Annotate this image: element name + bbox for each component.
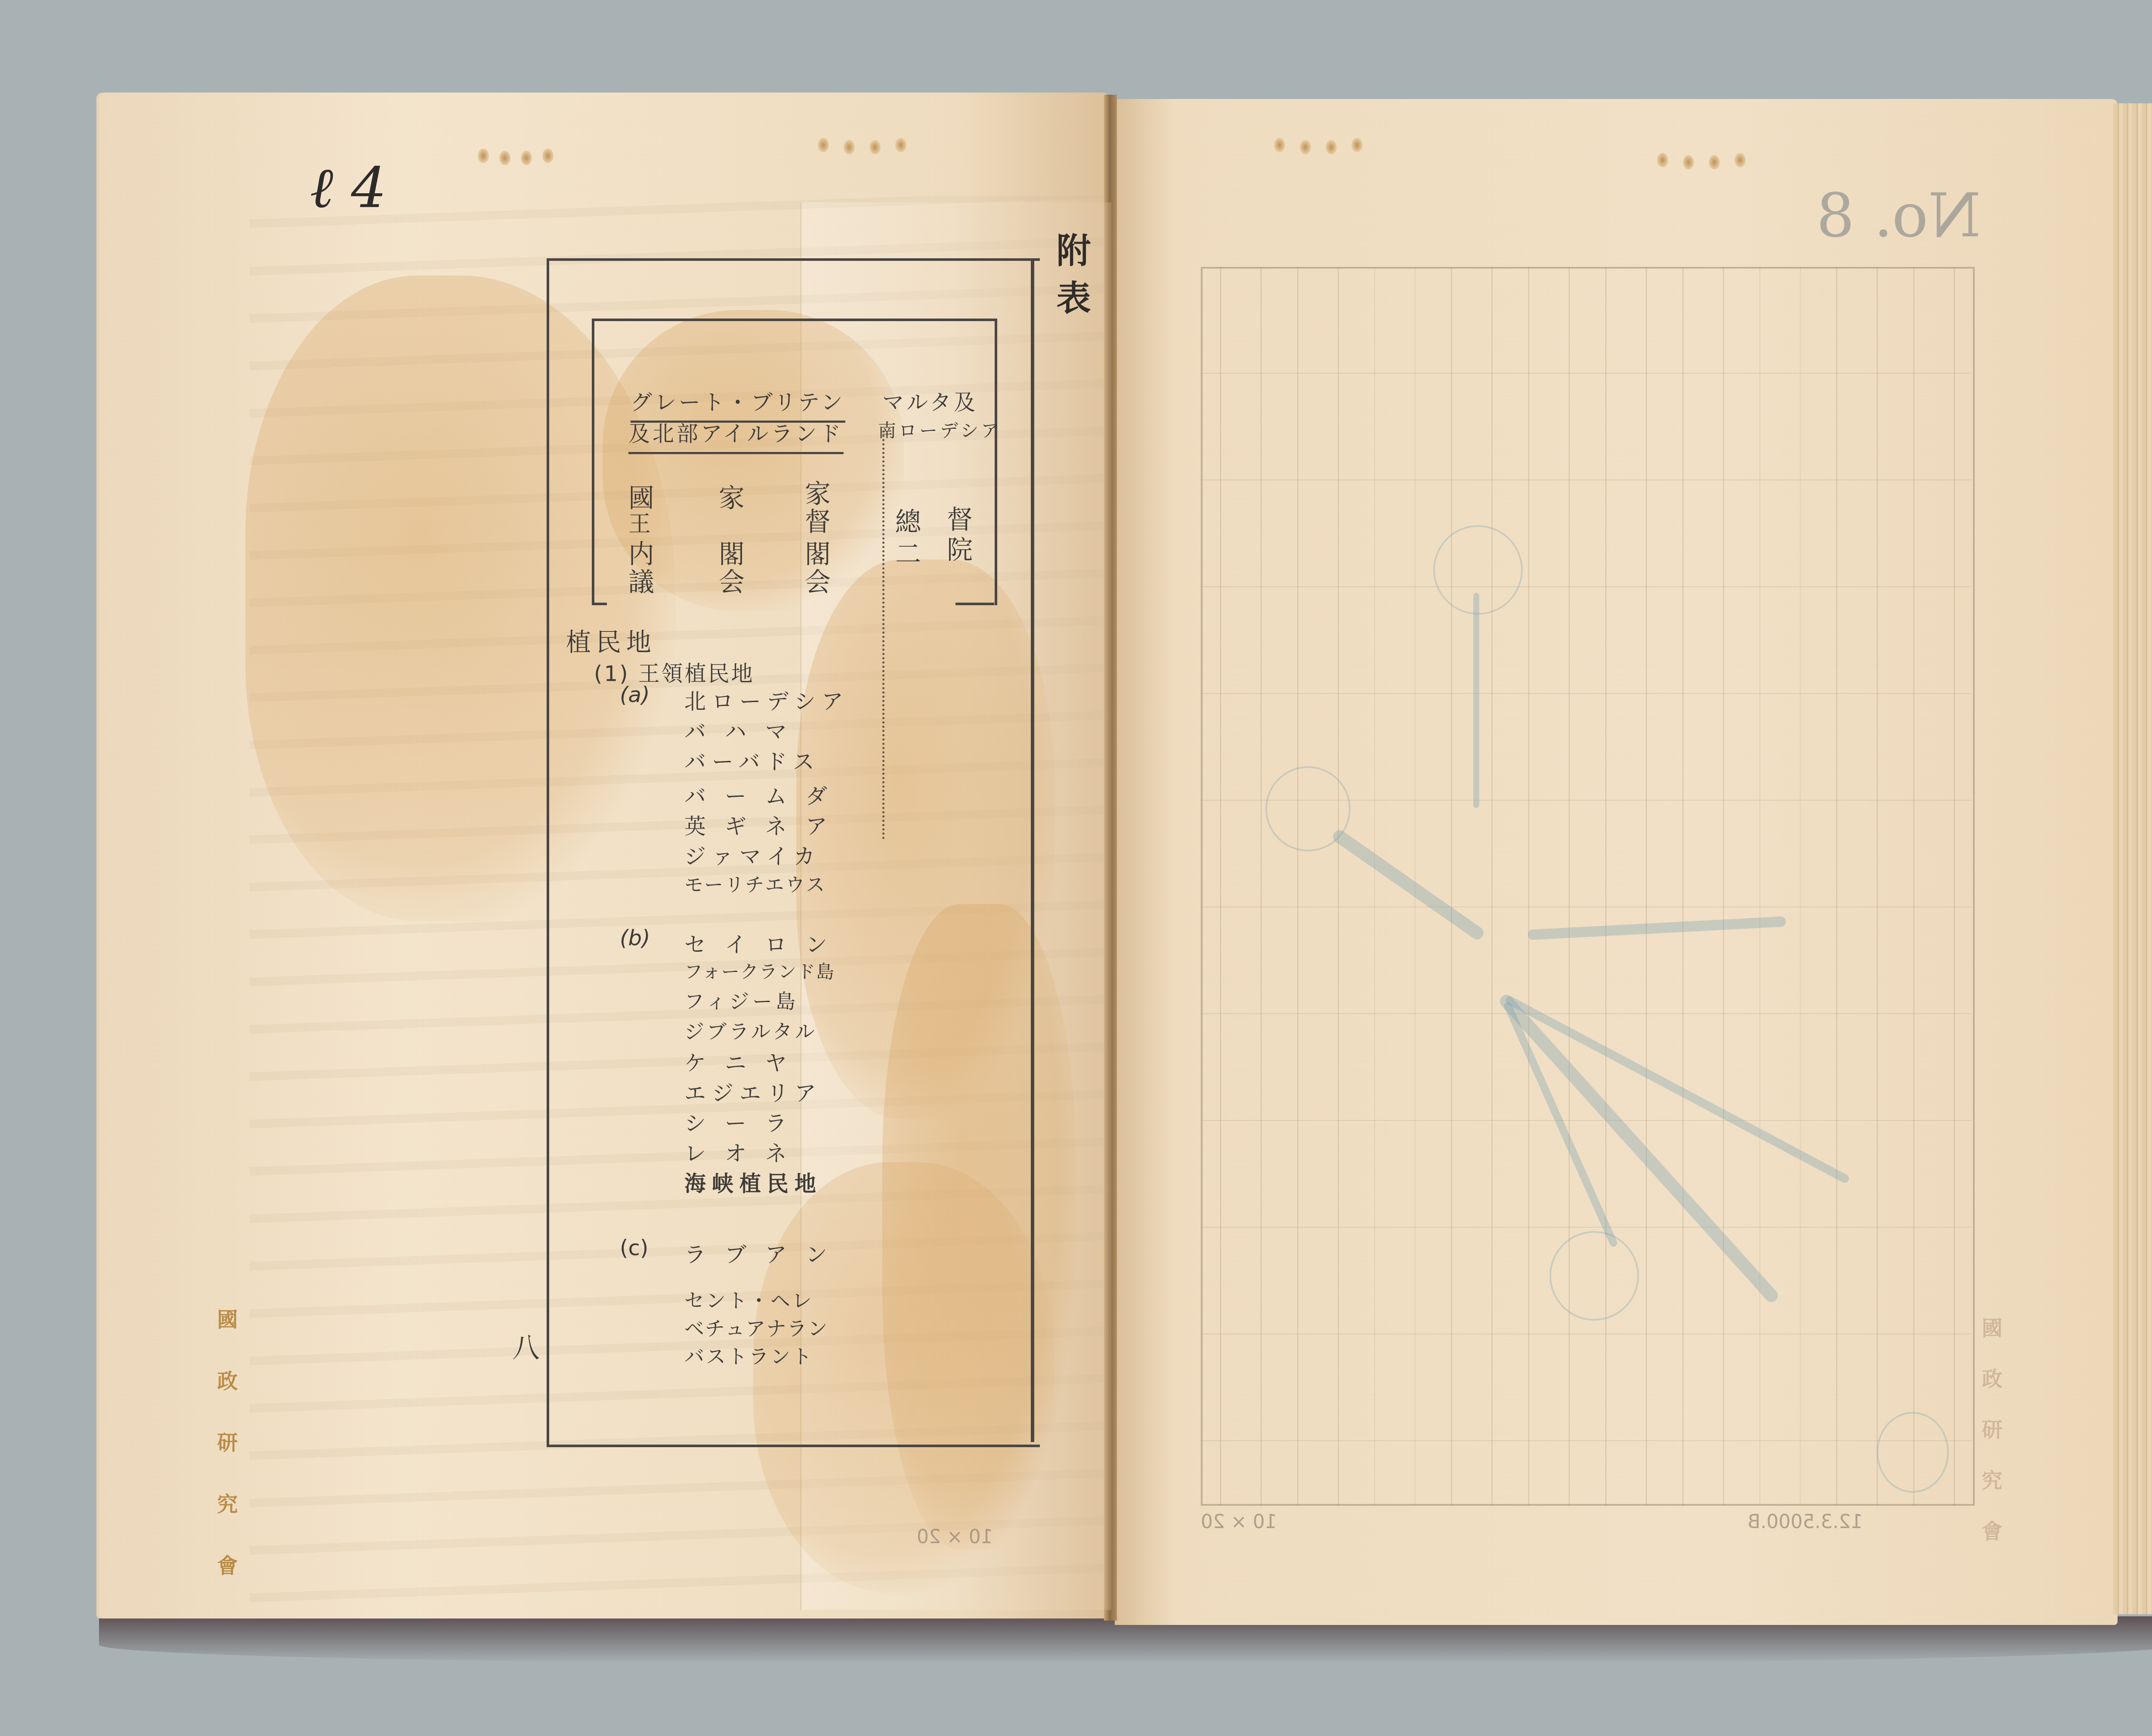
binding-hole bbox=[1326, 140, 1337, 155]
page-number: 八 bbox=[512, 1326, 540, 1365]
binding-hole bbox=[478, 149, 489, 163]
header-malta: マルタ及 bbox=[882, 385, 978, 416]
colony-item: ラ ブ ア ン bbox=[684, 1238, 833, 1269]
binding-hole bbox=[1300, 140, 1311, 155]
header-southern-rhodesia: 南ローデシア bbox=[878, 417, 1002, 443]
cell: 家 bbox=[719, 478, 745, 515]
binding-hole bbox=[1683, 155, 1694, 170]
grid-footer: 10 × 20 bbox=[917, 1526, 993, 1548]
colony-item: レ オ ネ bbox=[684, 1136, 793, 1167]
cell: 会 bbox=[719, 562, 745, 599]
table-inner-frame-bottom bbox=[592, 603, 607, 605]
binding-hole bbox=[895, 138, 906, 152]
crown-colonies-heading: (1) 王領植民地 bbox=[594, 656, 754, 687]
colony-item: モーリチエウス bbox=[684, 870, 826, 897]
colony-item: ジァマイカ bbox=[684, 839, 821, 870]
publisher-name: 國政研究會 bbox=[211, 1309, 241, 1616]
header-northern-ireland: 及北部アイルランド bbox=[628, 417, 844, 454]
colony-item: セント・ヘレ bbox=[684, 1285, 813, 1313]
cell: 会 bbox=[805, 562, 831, 599]
colony-item: シ ー ラ bbox=[684, 1106, 793, 1137]
colony-item: フォークランド島 bbox=[684, 958, 835, 984]
binding-hole bbox=[1274, 138, 1285, 152]
pencil-circle bbox=[1433, 525, 1523, 615]
colony-item: セ イ ロ ン bbox=[684, 928, 833, 959]
colony-item: バストラント bbox=[684, 1341, 813, 1369]
page-edges bbox=[2113, 103, 2152, 1614]
colony-item: 海峡植民地 bbox=[684, 1167, 822, 1198]
colonies-heading: 植民地 bbox=[566, 622, 656, 658]
appendix-title: 附表 bbox=[1046, 232, 1095, 327]
colony-item: フィジー島 bbox=[684, 986, 799, 1014]
table-inner-frame-bottom bbox=[955, 603, 994, 605]
colony-item: ケ ニ ヤ bbox=[684, 1046, 793, 1077]
cell: 王 bbox=[628, 506, 651, 538]
pencil-showthrough bbox=[1473, 593, 1479, 808]
grid-footer-right: 12.3.5000.B bbox=[1747, 1511, 1863, 1533]
cell: 總 bbox=[895, 501, 921, 538]
group-c-label: (c) bbox=[620, 1235, 649, 1260]
colony-item: ジブラルタル bbox=[684, 1016, 817, 1044]
colony-item: バ ハ マ bbox=[684, 715, 793, 746]
colony-item: バ ー ム ダ bbox=[684, 779, 833, 810]
colony-item: ベチュアナラン bbox=[684, 1313, 829, 1341]
colony-item: エジエリア bbox=[684, 1076, 822, 1107]
binding-hole bbox=[1657, 153, 1668, 167]
cell: 院 bbox=[947, 529, 973, 566]
group-a-label: (a) bbox=[620, 682, 650, 707]
binding-hole bbox=[1709, 155, 1720, 170]
margin-publisher: 國政研究會 bbox=[1976, 1317, 2005, 1571]
binding-hole bbox=[844, 140, 855, 155]
cell: 二 bbox=[895, 534, 921, 571]
colony-item: 英 ギ ネ ア bbox=[684, 809, 833, 840]
pencil-circle bbox=[1265, 766, 1351, 851]
group-b-label: (b) bbox=[620, 925, 650, 950]
binding-hole bbox=[542, 149, 553, 163]
pencil-circle bbox=[1877, 1412, 1949, 1493]
table-outer-frame-right bbox=[1031, 258, 1034, 1442]
binding-hole bbox=[1351, 138, 1363, 152]
handwritten-number: No. 8 bbox=[1816, 181, 1981, 251]
binding-hole bbox=[818, 138, 829, 152]
binding-hole bbox=[499, 151, 510, 165]
binding-hole bbox=[521, 151, 532, 165]
colony-item: 北ローデシア bbox=[684, 684, 849, 715]
binding-hole bbox=[1735, 153, 1746, 167]
grid-footer-left: 10 × 20 bbox=[1201, 1511, 1277, 1533]
cell: 督 bbox=[805, 501, 831, 538]
handwritten-note: ℓ 4 bbox=[310, 155, 386, 221]
cell: 議 bbox=[628, 562, 654, 599]
pencil-circle bbox=[1549, 1231, 1639, 1321]
colony-item: バーバドス bbox=[684, 745, 820, 776]
binding-hole bbox=[869, 140, 881, 155]
dotted-divider bbox=[882, 430, 884, 839]
